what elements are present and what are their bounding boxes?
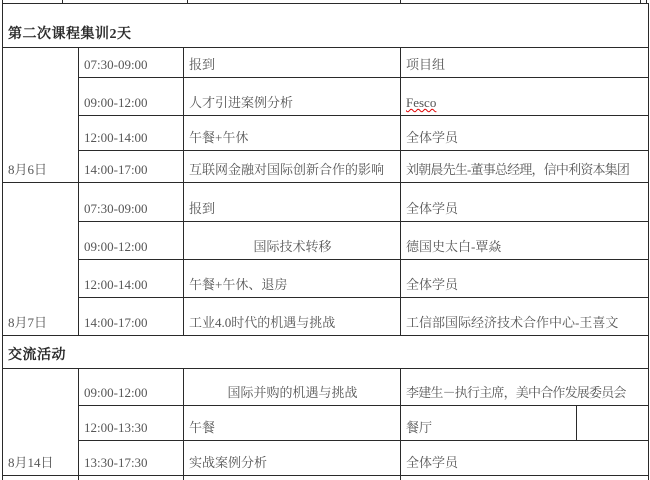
section-header-training2: 第二次课程集训2天: [3, 4, 649, 48]
date-cell-aug6: 8月6日: [3, 48, 79, 183]
empty-cell: [577, 406, 649, 441]
time-cell: 13:30-17:30: [79, 441, 184, 476]
activity-cell: 午餐+午休: [184, 116, 401, 151]
speaker-cell: 德国史太白-覃焱: [401, 222, 649, 260]
time-cell: 12:00-14:00: [79, 260, 184, 298]
speaker-cell: 刘朝晨先生-董事总经理，信中利资本集团: [401, 151, 649, 183]
activity-cell: 人才引进案例分析: [184, 78, 401, 116]
speaker-cell: 工信部国际经济技术合作中心-王喜文: [401, 298, 649, 336]
time-cell: 07:30-09:00: [79, 183, 184, 222]
speaker-cell: 全体学员: [401, 260, 649, 298]
activity-cell: 互联网金融对国际创新合作的影响: [184, 151, 401, 183]
time-cell: 12:00-14:00: [79, 116, 184, 151]
activity-cell: 国际技术转移: [184, 222, 401, 260]
speaker-cell: 全体学员: [401, 183, 649, 222]
section-header-exchange: 交流活动: [3, 336, 649, 369]
speaker-cell: 全体学员: [401, 116, 649, 151]
activity-cell: 午餐: [184, 406, 401, 441]
time-cell: 07:30-09:00: [79, 48, 184, 78]
cropped-cell-fragment: [401, 476, 649, 480]
speaker-cell: 李建生－执行主席，美中合作发展委员会: [401, 369, 649, 406]
date-cell-aug14: 8月14日: [3, 369, 79, 476]
time-cell: 14:00-17:00: [79, 151, 184, 183]
speaker-cell-fesco: Fesco: [401, 78, 649, 116]
activity-cell: 报到: [184, 183, 401, 222]
activity-cell: 报到: [184, 48, 401, 78]
time-cell: 09:00-12:00: [79, 78, 184, 116]
cropped-cell-fragment: [184, 476, 401, 480]
speaker-cell: 项目组: [401, 48, 649, 78]
time-cell: 12:00-13:30: [79, 406, 184, 441]
speaker-cell: 全体学员: [401, 441, 649, 476]
time-cell: 09:00-12:00: [79, 222, 184, 260]
activity-cell: 午餐+午休、退房: [184, 260, 401, 298]
speaker-cell: 餐厅: [401, 406, 577, 441]
cropped-cell-fragment: [3, 476, 79, 480]
document-page: 第二次课程集训2天 8月6日 07:30-09:00 报到 项目组 09:00-…: [0, 0, 650, 480]
date-cell-aug7: 8月7日: [3, 183, 79, 336]
activity-cell: 实战案例分析: [184, 441, 401, 476]
cropped-cell-fragment: [79, 476, 184, 480]
activity-cell: 国际并购的机遇与挑战: [184, 369, 401, 406]
activity-cell: 工业4.0时代的机遇与挑战: [184, 298, 401, 336]
time-cell: 09:00-12:00: [79, 369, 184, 406]
training-schedule-table: 第二次课程集训2天 8月6日 07:30-09:00 报到 项目组 09:00-…: [2, 3, 649, 480]
time-cell: 14:00-17:00: [79, 298, 184, 336]
